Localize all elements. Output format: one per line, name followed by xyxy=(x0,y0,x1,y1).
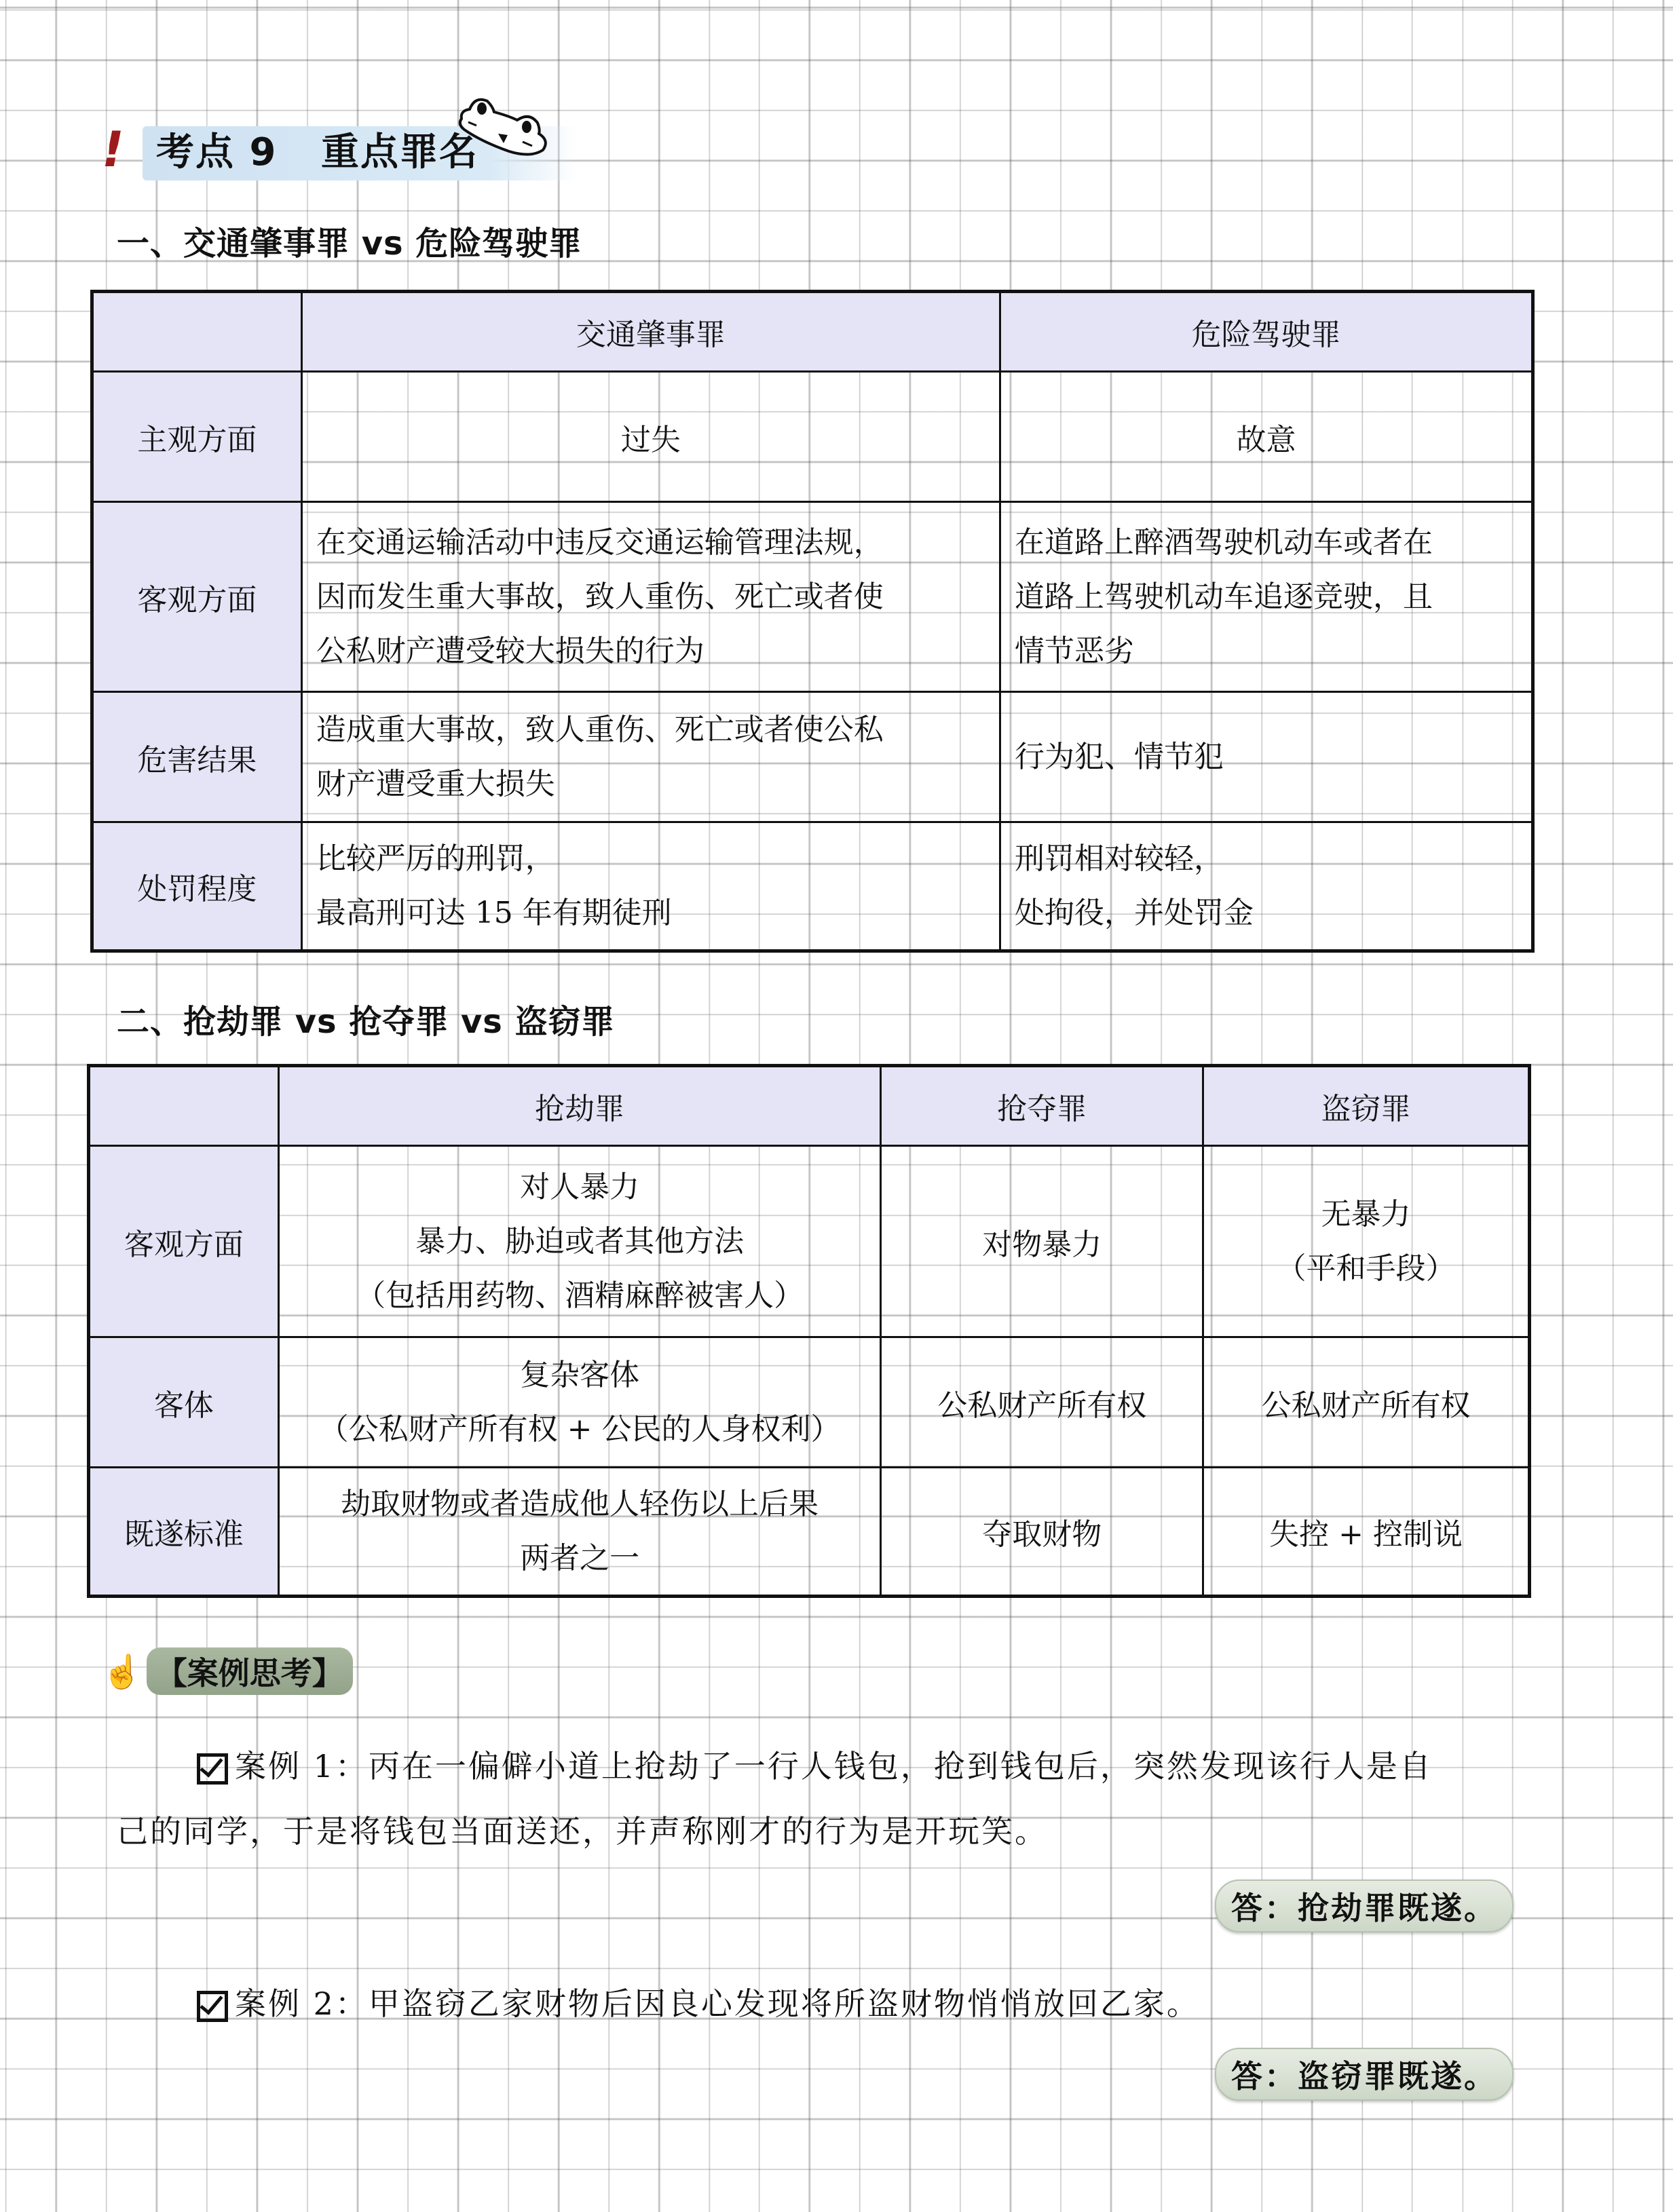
column-header: 危险驾驶罪 xyxy=(1000,292,1533,372)
case-2-label: 案例 2： xyxy=(235,1985,369,2022)
table-cell: 刑罚相对较轻， 处拘役，并处罚金 xyxy=(1000,822,1533,951)
table-cell: 夺取财物 xyxy=(881,1468,1203,1597)
section2-title: 二、抢劫罪 vs 抢夺罪 vs 盗窃罪 xyxy=(117,995,615,1042)
table-cell: 公私财产所有权 xyxy=(881,1337,1203,1468)
table-row: 危害结果 造成重大事故，致人重伤、死亡或者使公私 财产遭受重大损失 行为犯、情节… xyxy=(92,692,1533,822)
table-row: 既遂标准 劫取财物或者造成他人轻伤以上后果 两者之一 夺取财物 失控 + 控制说 xyxy=(89,1468,1530,1597)
case-1-text: 丙在一偏僻小道上抢劫了一行人钱包，抢到钱包后，突然发现该行人是自 xyxy=(369,1748,1433,1785)
row-label: 客体 xyxy=(89,1337,279,1468)
row-label: 客观方面 xyxy=(92,502,302,692)
row-label: 既遂标准 xyxy=(89,1468,279,1597)
case-1-text-continued: 己的同学，于是将钱包当面送还，并声称刚才的行为是开玩笑。 xyxy=(117,1799,1528,1864)
checkbox-icon xyxy=(197,1991,228,2022)
table-row: 主观方面 过失 故意 xyxy=(92,372,1533,502)
table-cell: 公私财产所有权 xyxy=(1203,1337,1530,1468)
table-row: 客观方面 在交通运输活动中违反交通运输管理法规， 因而发生重大事故，致人重伤、死… xyxy=(92,502,1533,692)
case-2: 案例 2：甲盗窃乙家财物后因良心发现将所盗财物悄悄放回乙家。 xyxy=(197,1971,1527,2036)
case-study-label: 【案例思考】 xyxy=(147,1647,353,1695)
row-label: 客观方面 xyxy=(89,1146,279,1337)
row-label: 危害结果 xyxy=(92,692,302,822)
table-cell: 造成重大事故，致人重伤、死亡或者使公私 财产遭受重大损失 xyxy=(301,692,1000,822)
alert-icon: ! xyxy=(102,121,143,178)
topic-heading: ! 考点 9 重点罪名 xyxy=(102,114,502,185)
column-header: 抢夺罪 xyxy=(881,1066,1203,1146)
table-row: 客观方面 对人暴力 暴力、胁迫或者其他方法 （包括用药物、酒精麻醉被害人） 对物… xyxy=(89,1146,1530,1337)
table-cell: 对物暴力 xyxy=(881,1146,1203,1337)
section1-title: 一、交通肇事罪 vs 危险驾驶罪 xyxy=(117,217,582,264)
table-header-row: 交通肇事罪 危险驾驶罪 xyxy=(92,292,1533,372)
case-1-label: 案例 1： xyxy=(235,1748,369,1785)
table-cell: 劫取财物或者造成他人轻伤以上后果 两者之一 xyxy=(278,1468,881,1597)
table-cell: 故意 xyxy=(1000,372,1533,502)
table-header-row: 抢劫罪 抢夺罪 盗窃罪 xyxy=(89,1066,1530,1146)
checkbox-icon xyxy=(197,1753,228,1785)
column-header: 盗窃罪 xyxy=(1203,1066,1530,1146)
table-cell: 在道路上醉酒驾驶机动车或者在 道路上驾驶机动车追逐竞驶，且 情节恶劣 xyxy=(1000,502,1533,692)
table-cell: 过失 xyxy=(301,372,1000,502)
table-row: 客体 复杂客体 （公私财产所有权 + 公民的人身权利） 公私财产所有权 公私财产… xyxy=(89,1337,1530,1468)
case-study-heading: ☝ 【案例思考】 xyxy=(102,1647,353,1695)
traffic-vs-dangerous-driving-table: 交通肇事罪 危险驾驶罪 主观方面 过失 故意 客观方面 在交通运输活动中违反交通… xyxy=(90,290,1535,953)
table-row: 处罚程度 比较严厉的刑罚， 最高刑可达 15 年有期徒刑 刑罚相对较轻， 处拘役… xyxy=(92,822,1533,951)
header-corner xyxy=(89,1066,279,1146)
header-corner xyxy=(92,292,302,372)
column-header: 交通肇事罪 xyxy=(301,292,1000,372)
column-header: 抢劫罪 xyxy=(278,1066,881,1146)
table-cell: 无暴力 （平和手段） xyxy=(1203,1146,1530,1337)
table-cell: 失控 + 控制说 xyxy=(1203,1468,1530,1597)
frog-doodle-icon xyxy=(455,92,550,159)
case-1-answer-badge: 答：抢劫罪既遂。 xyxy=(1215,1880,1514,1932)
topic-title: 考点 9 重点罪名 xyxy=(156,122,478,176)
robbery-vs-snatching-vs-theft-table: 抢劫罪 抢夺罪 盗窃罪 客观方面 对人暴力 暴力、胁迫或者其他方法 （包括用药物… xyxy=(87,1064,1531,1598)
table-cell: 行为犯、情节犯 xyxy=(1000,692,1533,822)
row-label: 处罚程度 xyxy=(92,822,302,951)
table-cell: 复杂客体 （公私财产所有权 + 公民的人身权利） xyxy=(278,1337,881,1468)
table-cell: 对人暴力 暴力、胁迫或者其他方法 （包括用药物、酒精麻醉被害人） xyxy=(278,1146,881,1337)
table-cell: 在交通运输活动中违反交通运输管理法规， 因而发生重大事故，致人重伤、死亡或者使 … xyxy=(301,502,1000,692)
table-cell: 比较严厉的刑罚， 最高刑可达 15 年有期徒刑 xyxy=(301,822,1000,951)
case-2-answer-badge: 答：盗窃罪既遂。 xyxy=(1215,2048,1514,2101)
row-label: 主观方面 xyxy=(92,372,302,502)
case-1: 案例 1：丙在一偏僻小道上抢劫了一行人钱包，抢到钱包后，突然发现该行人是自 己的… xyxy=(117,1734,1528,1864)
pointing-hand-icon: ☝ xyxy=(102,1652,143,1691)
case-2-text: 甲盗窃乙家财物后因良心发现将所盗财物悄悄放回乙家。 xyxy=(369,1985,1200,2022)
